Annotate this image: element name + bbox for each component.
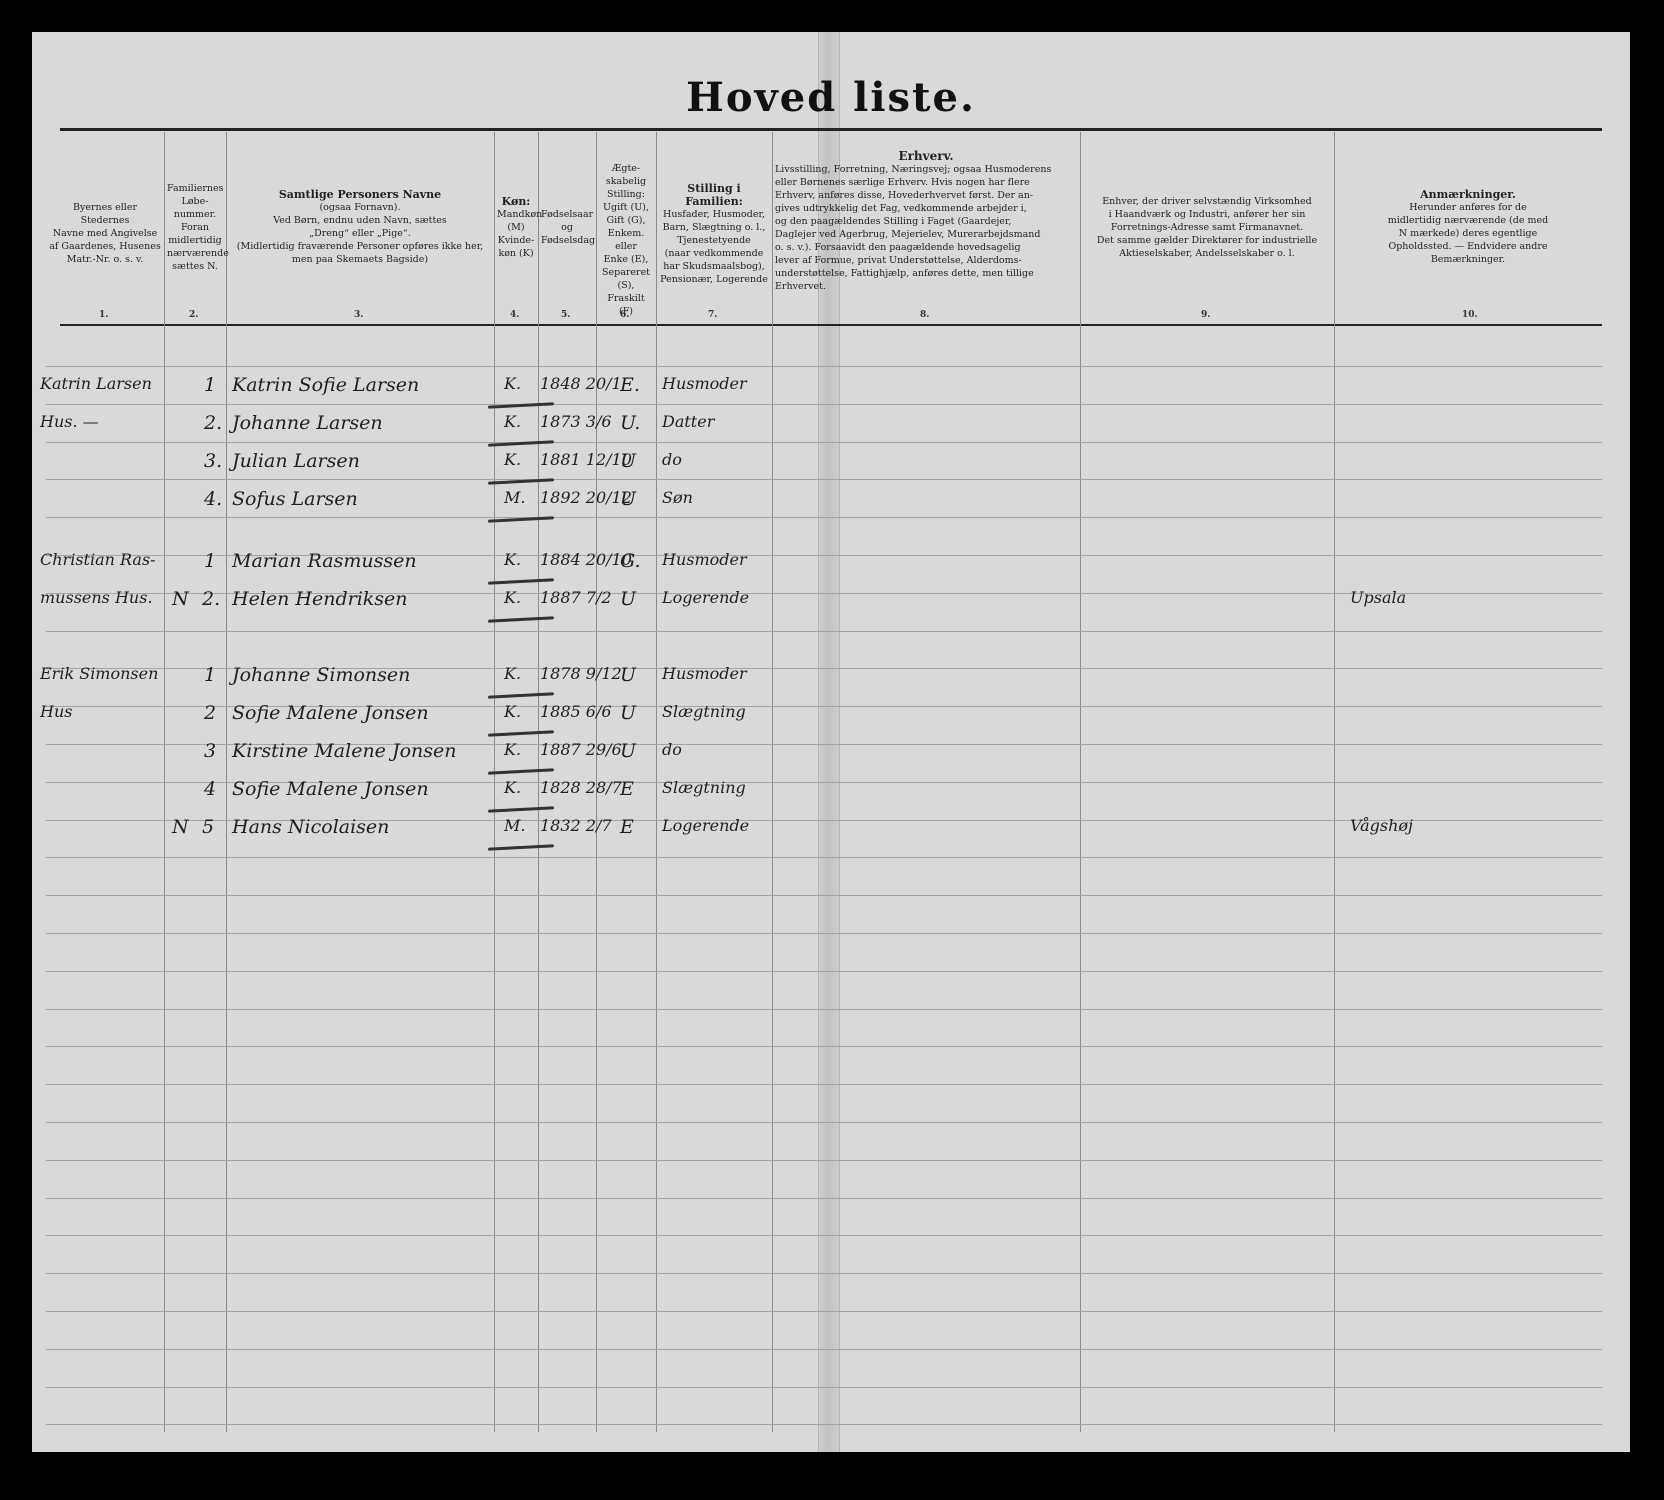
header-line: Bemærkninger. <box>1337 253 1599 266</box>
cell-family-number: 2. <box>202 588 220 610</box>
cell-name: Marian Rasmussen <box>232 550 417 572</box>
header-line: midlertidig <box>167 234 223 247</box>
header-line: Erhvervet. <box>775 280 1077 293</box>
cell-marital-status: U <box>620 702 636 724</box>
cell-family-role: Logerende <box>662 816 749 835</box>
cell-marital-status: U <box>620 450 636 472</box>
header-line: lever af Formue, privat Understøttelse, … <box>775 254 1077 267</box>
header-line: Herunder anføres for de <box>1337 201 1599 214</box>
row-rule <box>46 933 1602 934</box>
cell-birth: 1848 20/1 <box>540 374 622 393</box>
cell-sex: K. <box>504 450 521 469</box>
title-rule <box>60 128 1602 131</box>
row-rule <box>46 1273 1602 1274</box>
row-rule <box>46 1424 1602 1425</box>
header-line: „Dreng“ eller „Pige“. <box>229 227 491 240</box>
cell-temporary-mark: N <box>172 816 189 838</box>
column-header-9: Enhver, der driver selvstændig Virksomhe… <box>1083 195 1331 260</box>
column-header-10: Anmærkninger.Herunder anføres for demidl… <box>1337 188 1599 266</box>
cell-family-role: Husmoder <box>662 664 747 683</box>
row-rule <box>46 1009 1602 1010</box>
cell-place: Christian Ras- <box>40 550 156 569</box>
column-number: 8. <box>920 310 929 320</box>
cell-name: Sofie Malene Jonsen <box>232 778 429 800</box>
header-line: har Skudsmaalsbog), <box>659 260 769 273</box>
column-number: 9. <box>1201 310 1210 320</box>
header-line: Familiernes <box>167 182 223 195</box>
cell-name: Helen Hendriksen <box>232 588 408 610</box>
header-line: Enhver, der driver selvstændig Virksomhe… <box>1083 195 1331 208</box>
header-line: af Gaardenes, Husenes <box>49 240 161 253</box>
column-number: 10. <box>1462 310 1478 320</box>
cell-family-role: Slægtning <box>662 778 746 797</box>
row-rule <box>46 517 1602 518</box>
cell-sex: K. <box>504 588 521 607</box>
column-header-4: Køn:Mandkøn(M)Kvinde-køn (K) <box>497 195 535 260</box>
cell-marital-status: E. <box>620 374 640 396</box>
header-line: Enke (E), <box>599 253 653 266</box>
cell-family-number: 3. <box>204 450 222 472</box>
header-line: understøttelse, Fattighjælp, anføres det… <box>775 267 1077 280</box>
ink-stroke <box>488 844 554 850</box>
header-line: Løbe- <box>167 195 223 208</box>
cell-sex: K. <box>504 550 521 569</box>
row-rule <box>46 366 1602 367</box>
cell-place: Erik Simonsen <box>40 664 158 683</box>
header-line: (M) <box>497 221 535 234</box>
header-line: Opholdssted. — Endvidere andre <box>1337 240 1599 253</box>
cell-marital-status: U. <box>620 412 640 434</box>
cell-birth: 1884 20/10 <box>540 550 632 569</box>
cell-temporary-mark: N <box>172 588 189 610</box>
cell-family-number: 4 <box>204 778 216 800</box>
column-header-6: Ægte-skabeligStilling:Ugift (U),Gift (G)… <box>599 162 653 318</box>
header-line: Fødselsdag <box>541 234 593 247</box>
cell-family-number: 4. <box>204 488 222 510</box>
ink-stroke <box>488 730 554 736</box>
cell-family-number: 3 <box>204 740 216 762</box>
cell-birth: 1828 28/7 <box>540 778 622 797</box>
cell-name: Kirstine Malene Jonsen <box>232 740 456 762</box>
cell-birth: 1885 6/6 <box>540 702 612 721</box>
cell-family-role: Datter <box>662 412 714 431</box>
row-rule <box>46 857 1602 858</box>
header-line: og <box>541 221 593 234</box>
header-line: Matr.-Nr. o. s. v. <box>49 253 161 266</box>
cell-marital-status: E <box>620 816 634 838</box>
row-rule <box>46 1084 1602 1085</box>
column-header-8: Erhverv.Livsstilling, Forretning, Næring… <box>775 150 1077 293</box>
header-line: Anmærkninger. <box>1337 188 1599 201</box>
row-rule <box>46 1046 1602 1047</box>
cell-family-number: 1 <box>204 550 216 572</box>
header-line: nummer. <box>167 208 223 221</box>
column-header-2: FamiliernesLøbe-nummer.Foranmidlertidign… <box>167 182 223 273</box>
ink-stroke <box>488 806 554 812</box>
column-header-7: Stilling i Familien:Husfader, Husmoder,B… <box>659 182 769 286</box>
header-line: midlertidig nærværende (de med <box>1337 214 1599 227</box>
cell-sex: K. <box>504 374 521 393</box>
row-rule <box>46 1235 1602 1236</box>
header-line: N mærkede) deres egentlige <box>1337 227 1599 240</box>
header-line: Mandkøn <box>497 208 535 221</box>
cell-remark: Vågshøj <box>1350 816 1413 835</box>
row-rule <box>46 1311 1602 1312</box>
header-line: Stilling: <box>599 188 653 201</box>
header-line: Pensionær, Logerende <box>659 273 769 286</box>
column-header-3: Samtlige Personers Navne(ogsaa Fornavn).… <box>229 188 491 266</box>
header-line: (naar vedkommende <box>659 247 769 260</box>
header-line: (Midlertidig fraværende Personer opføres… <box>229 240 491 253</box>
header-line: gives udtrykkelig det Fag, vedkommende a… <box>775 202 1077 215</box>
row-rule <box>46 404 1602 405</box>
cell-family-number: 2. <box>204 412 222 434</box>
cell-family-role: Husmoder <box>662 374 747 393</box>
header-line: Ægte- <box>599 162 653 175</box>
row-rule <box>46 1198 1602 1199</box>
column-number: 6. <box>620 310 629 320</box>
cell-family-number: 1 <box>204 374 216 396</box>
cell-marital-status: E <box>620 778 634 800</box>
cell-family-role: Logerende <box>662 588 749 607</box>
header-line: Tjenestetyende <box>659 234 769 247</box>
ink-stroke <box>488 616 554 622</box>
header-line: Ved Børn, endnu uden Navn, sættes <box>229 214 491 227</box>
cell-birth: 1832 2/7 <box>540 816 612 835</box>
cell-place: Katrin Larsen <box>40 374 152 393</box>
cell-sex: K. <box>504 412 521 431</box>
header-line: køn (K) <box>497 247 535 260</box>
cell-name: Sofus Larsen <box>232 488 358 510</box>
header-line: Byernes eller Stedernes <box>49 201 161 227</box>
header-line: Separeret <box>599 266 653 279</box>
header-bottom-rule <box>60 324 1602 326</box>
cell-family-number: 2 <box>204 702 216 724</box>
row-rule <box>46 1387 1602 1388</box>
cell-sex: K. <box>504 740 521 759</box>
cell-name: Katrin Sofie Larsen <box>232 374 419 396</box>
cell-sex: K. <box>504 664 521 683</box>
header-line: (ogsaa Fornavn). <box>229 201 491 214</box>
row-rule <box>46 1349 1602 1350</box>
header-line: Det samme gælder Direktører for industri… <box>1083 234 1331 247</box>
header-line: (S), <box>599 279 653 292</box>
header-line: Kvinde- <box>497 234 535 247</box>
header-line: Navne med Angivelse <box>49 227 161 240</box>
cell-birth: 1881 12/10 <box>540 450 632 469</box>
column-number: 7. <box>708 310 717 320</box>
header-line: Forretnings-Adresse samt Firmanavnet. <box>1083 221 1331 234</box>
header-line: og den paagældendes Stilling i Faget (Ga… <box>775 215 1077 228</box>
cell-sex: K. <box>504 702 521 721</box>
column-number: 5. <box>561 310 570 320</box>
cell-place: mussens Hus. <box>40 588 153 607</box>
header-line: Barn, Slægtning o. l., <box>659 221 769 234</box>
cell-name: Johanne Simonsen <box>232 664 410 686</box>
ink-stroke <box>488 692 554 698</box>
ink-stroke <box>488 578 554 584</box>
row-rule <box>46 479 1602 480</box>
cell-place: Hus <box>40 702 72 721</box>
header-line: nærværende <box>167 247 223 260</box>
cell-family-role: Husmoder <box>662 550 747 569</box>
cell-marital-status: G. <box>620 550 641 572</box>
header-line: Stilling i Familien: <box>659 182 769 208</box>
header-line: Gift (G), <box>599 214 653 227</box>
cell-birth: 1892 20/12 <box>540 488 632 507</box>
header-line: eller Børnenes særlige Erhverv. Hvis nog… <box>775 176 1077 189</box>
cell-sex: M. <box>504 816 525 835</box>
cell-family-role: do <box>662 740 682 759</box>
column-header-5: FødselsaarogFødselsdag <box>541 208 593 247</box>
cell-family-role: Søn <box>662 488 693 507</box>
header-line: Aktieselskaber, Andelsselskaber o. l. <box>1083 247 1331 260</box>
header-line: Samtlige Personers Navne <box>229 188 491 201</box>
cell-marital-status: U <box>620 588 636 610</box>
row-rule <box>46 631 1602 632</box>
cell-name: Johanne Larsen <box>232 412 383 434</box>
cell-sex: M. <box>504 488 525 507</box>
header-line: Køn: <box>497 195 535 208</box>
header-line: Foran <box>167 221 223 234</box>
ink-stroke <box>488 768 554 774</box>
header-line: skabelig <box>599 175 653 188</box>
cell-birth: 1873 3/6 <box>540 412 612 431</box>
header-line: Ugift (U), <box>599 201 653 214</box>
cell-family-role: do <box>662 450 682 469</box>
cell-birth: 1887 29/6 <box>540 740 622 759</box>
column-header-1: Byernes eller StedernesNavne med Angivel… <box>49 201 161 266</box>
cell-family-role: Slægtning <box>662 702 746 721</box>
census-sheet: Hoved liste. Byernes eller StedernesNavn… <box>32 32 1630 1452</box>
header-line: Husfader, Husmoder, <box>659 208 769 221</box>
cell-family-number: 1 <box>204 664 216 686</box>
header-line: men paa Skemaets Bagside) <box>229 253 491 266</box>
column-number: 1. <box>99 310 108 320</box>
header-line: Erhverv, anføres disse, Hovederhvervet f… <box>775 189 1077 202</box>
header-line: Enkem. eller <box>599 227 653 253</box>
cell-birth: 1887 7/2 <box>540 588 612 607</box>
column-number: 4. <box>510 310 519 320</box>
row-rule <box>46 971 1602 972</box>
header-line: Fødselsaar <box>541 208 593 221</box>
column-number: 2. <box>189 310 198 320</box>
cell-marital-status: U <box>620 488 636 510</box>
cell-name: Hans Nicolaisen <box>232 816 389 838</box>
cell-birth: 1878 9/12 <box>540 664 622 683</box>
cell-family-number: 5 <box>202 816 214 838</box>
page-title: Hoved liste. <box>32 74 1630 121</box>
cell-sex: K. <box>504 778 521 797</box>
cell-marital-status: U <box>620 664 636 686</box>
header-line: i Haandværk og Industri, anfører her sin <box>1083 208 1331 221</box>
row-rule <box>46 442 1602 443</box>
header-line: o. s. v.). Forsaavidt den paagældende ho… <box>775 241 1077 254</box>
row-rule <box>46 895 1602 896</box>
header-line: Livsstilling, Forretning, Næringsvej; og… <box>775 163 1077 176</box>
header-line: sættes N. <box>167 260 223 273</box>
cell-name: Sofie Malene Jonsen <box>232 702 429 724</box>
header-line: Erhverv. <box>775 150 1077 163</box>
cell-name: Julian Larsen <box>232 450 360 472</box>
row-rule <box>46 1160 1602 1161</box>
header-line: Daglejer ved Agerbrug, Mejerielev, Murer… <box>775 228 1077 241</box>
column-number: 3. <box>354 310 363 320</box>
cell-remark: Upsala <box>1350 588 1406 607</box>
cell-place: Hus. — <box>40 412 99 431</box>
cell-marital-status: U <box>620 740 636 762</box>
row-rule <box>46 1122 1602 1123</box>
